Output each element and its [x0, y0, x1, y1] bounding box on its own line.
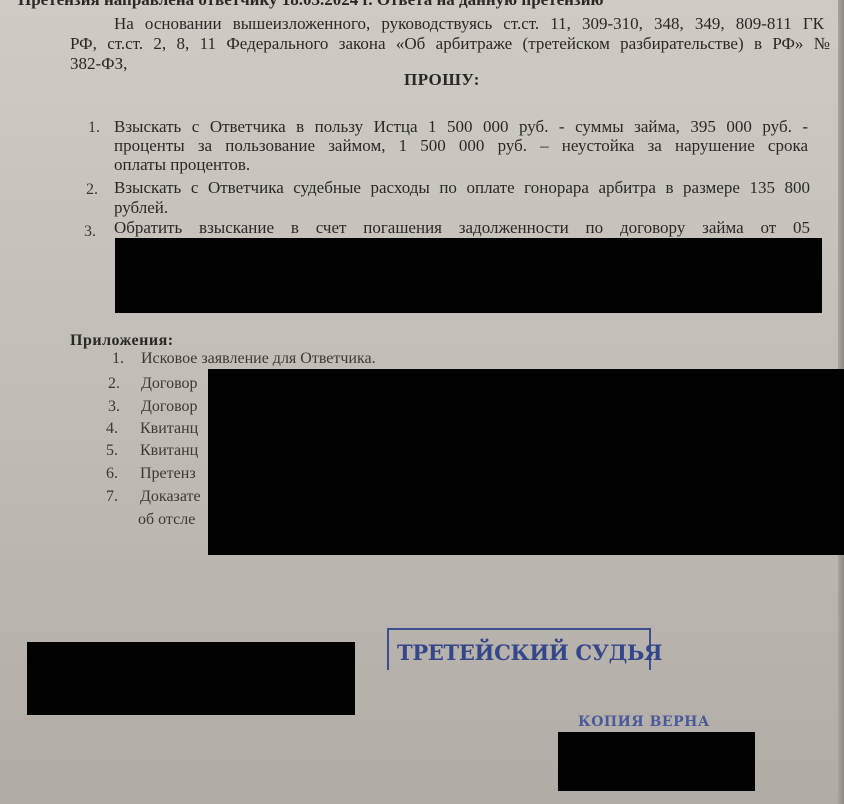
- request-1-line-1: Взыскать с Ответчика в пользу Истца 1 50…: [114, 117, 808, 137]
- attachment-item: Доказате: [140, 487, 201, 507]
- basis-line-2: РФ, ст.ст. 2, 8, 11 Федерального закона …: [70, 34, 830, 54]
- request-number: 2.: [86, 180, 98, 200]
- request-2-line-1: Взыскать с Ответчика судебные расходы по…: [114, 178, 810, 198]
- redaction-block: [27, 642, 355, 715]
- attachment-item: Договор: [141, 374, 198, 394]
- attachment-item: Квитанц: [140, 419, 198, 439]
- attachment-number: 6.: [106, 464, 118, 484]
- request-heading: ПРОШУ:: [404, 70, 480, 90]
- attachments-heading: Приложения:: [70, 331, 174, 351]
- request-1-line-2: проценты за пользование займом, 1 500 00…: [114, 136, 808, 156]
- basis-line-3: 382-ФЗ,: [70, 54, 127, 74]
- redaction-block: [558, 732, 755, 791]
- attachment-item: Договор: [141, 397, 198, 417]
- attachment-number: 7.: [106, 487, 118, 507]
- copy-certified-stamp: КОПИЯ ВЕРНА: [578, 714, 710, 730]
- request-2-line-2: рублей.: [114, 198, 168, 218]
- request-3-line-1: Обратить взыскание в счет погашения задо…: [114, 218, 810, 238]
- top-cut-line: Претензия направлена ответчику 18.03.202…: [18, 0, 604, 10]
- attachment-item: Исковое заявление для Ответчика.: [141, 349, 376, 369]
- stamp-title: ТРЕТЕЙСКИЙ СУДЬЯ: [397, 640, 662, 665]
- attachment-number: 5.: [106, 441, 118, 461]
- attachment-item: Претенз: [140, 464, 196, 484]
- attachment-item: Квитанц: [140, 441, 198, 461]
- attachment-number: 2.: [108, 374, 120, 394]
- basis-line-1: На основании вышеизложенного, руководств…: [114, 14, 824, 34]
- request-number: 3.: [84, 222, 96, 242]
- redaction-block: [208, 369, 844, 555]
- redaction-block: [115, 238, 822, 313]
- attachment-number: 4.: [106, 419, 118, 439]
- attachment-item-continuation: об отсле: [138, 510, 195, 530]
- arbitrator-stamp: ТРЕТЕЙСКИЙ СУДЬЯ: [387, 628, 651, 670]
- attachment-number: 3.: [108, 397, 120, 417]
- request-1-line-3: оплаты процентов.: [114, 155, 250, 175]
- attachment-number: 1.: [112, 349, 124, 369]
- request-number: 1.: [88, 118, 100, 138]
